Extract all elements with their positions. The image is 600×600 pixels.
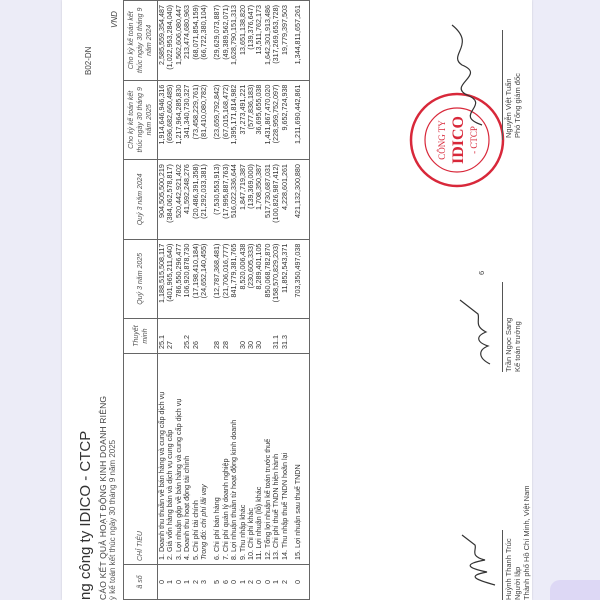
rotated-page-content: ng công ty IDICO - CTCP CÁO KẾT QUẢ HOẠT… xyxy=(62,0,532,600)
viewer-background-left xyxy=(0,0,62,600)
cell-q3-2024: 421,132,300,880 xyxy=(294,160,302,240)
place-line: Thành phố Hồ Chí Minh, Việt Nam xyxy=(522,485,531,600)
cell-code: 2 xyxy=(281,565,289,600)
form-code: B02-DN xyxy=(84,47,93,75)
cell-note: 27 xyxy=(166,319,174,354)
cell-note: 26 xyxy=(192,319,200,354)
header-ytd-2024: Cho kỳ kế toán kết thúc ngày 30 tháng 9 … xyxy=(124,1,158,81)
currency-label: VND xyxy=(110,11,119,28)
cell-note: 30 xyxy=(255,319,263,354)
report-subtitle: ỳ kế toán kết thúc ngày 30 tháng 9 năm 2… xyxy=(108,440,117,600)
table-header-row: ã số CHỈ TIÊU Thuyết minh Quý 3 năm 2025… xyxy=(124,1,158,600)
header-q3-2024: Quý 3 năm 2024 xyxy=(124,160,158,240)
cell-note: 28 xyxy=(222,319,230,354)
cell-code: 3 xyxy=(200,565,208,600)
cell-ytd-2025: 9,652,724,938 xyxy=(281,80,289,160)
accountant-signature xyxy=(450,290,500,370)
viewer-background-right xyxy=(530,0,600,600)
svg-text:- CTCP: - CTCP xyxy=(469,126,479,154)
preparer-signature xyxy=(457,530,502,590)
header-ytd-2025: Cho kỳ kế toán kết thúc ngày 30 tháng 9 … xyxy=(124,80,158,160)
cell-q3-2025: 11,852,543,371 xyxy=(281,239,289,319)
viewer-scroll-handle[interactable] xyxy=(550,580,600,600)
director-block: Nguyễn Việt Tuấn Phó Tổng giám đốc xyxy=(504,73,522,138)
cell-item: Trong đó: chi phí lãi vay xyxy=(200,354,208,565)
income-statement-table: ã số CHỈ TIÊU Thuyết minh Quý 3 năm 2025… xyxy=(123,0,310,600)
header-q3-2025: Quý 3 năm 2025 xyxy=(124,239,158,319)
header-item: CHỈ TIÊU xyxy=(124,354,158,565)
cell-code: 0 xyxy=(294,565,302,600)
table-body: 01. Doanh thu thuần về bán hàng và cung … xyxy=(158,1,310,600)
cell-q3-2024: (21,292,033,381) xyxy=(200,160,208,240)
date-line: Ngày 29 tháng 10 năm 2025 xyxy=(531,485,532,600)
accountant-role: Kế toán trưởng xyxy=(513,318,522,372)
cell-q3-2025: 703,350,497,038 xyxy=(294,239,302,319)
preparer-name: Huỳnh Thanh Trúc xyxy=(504,485,513,600)
cell-ytd-2024: 1,344,811,657,261 xyxy=(294,1,302,81)
accountant-signature-line xyxy=(502,282,503,372)
cell-q3-2024: 4,228,601,261 xyxy=(281,160,289,240)
director-name: Nguyễn Việt Tuấn xyxy=(504,73,513,138)
table-bottom-padding xyxy=(303,1,310,600)
page-number: 6 xyxy=(477,271,486,275)
header-note: Thuyết minh xyxy=(124,319,158,354)
cell-note xyxy=(200,319,208,354)
table-row: 015. Lợi nhuận sau thuế TNDN703,350,497,… xyxy=(294,1,302,600)
cell-q3-2025: (24,652,140,455) xyxy=(200,239,208,319)
header-code: ã số xyxy=(124,565,158,600)
cell-item: 14. Thu nhập thuế TNDN hoãn lại xyxy=(281,354,289,565)
table-row: 214. Thu nhập thuế TNDN hoãn lại31.311,8… xyxy=(281,1,289,600)
document-page: ng công ty IDICO - CTCP CÁO KẾT QUẢ HOẠT… xyxy=(62,0,532,600)
report-title: CÁO KẾT QUẢ HOẠT ĐỘNG KINH DOANH RIÊNG xyxy=(98,396,108,600)
cell-ytd-2025: 1,211,690,442,861 xyxy=(294,80,302,160)
director-role: Phó Tổng giám đốc xyxy=(513,73,522,138)
cell-item: 15. Lợi nhuận sau thuế TNDN xyxy=(294,354,302,565)
preparer-signature-line xyxy=(502,530,503,600)
cell-ytd-2025: (81,410,080,782) xyxy=(200,80,208,160)
preparer-role: Người lập xyxy=(513,485,522,600)
cell-note: 31.3 xyxy=(281,319,289,354)
preparer-block: Huỳnh Thanh Trúc Người lập Thành phố Hồ … xyxy=(504,485,532,600)
director-signature-line xyxy=(502,30,503,140)
cell-ytd-2024: (66,722,380,104) xyxy=(200,1,208,81)
table-row: 3Trong đó: chi phí lãi vay(24,652,140,45… xyxy=(200,1,208,600)
director-signature xyxy=(432,20,502,130)
company-name: ng công ty IDICO - CTCP xyxy=(77,431,94,600)
accountant-block: Trần Ngọc Sang Kế toán trưởng xyxy=(504,318,522,372)
accountant-name: Trần Ngọc Sang xyxy=(504,318,513,372)
cell-ytd-2024: 19,779,397,503 xyxy=(281,1,289,81)
cell-note xyxy=(294,319,302,354)
